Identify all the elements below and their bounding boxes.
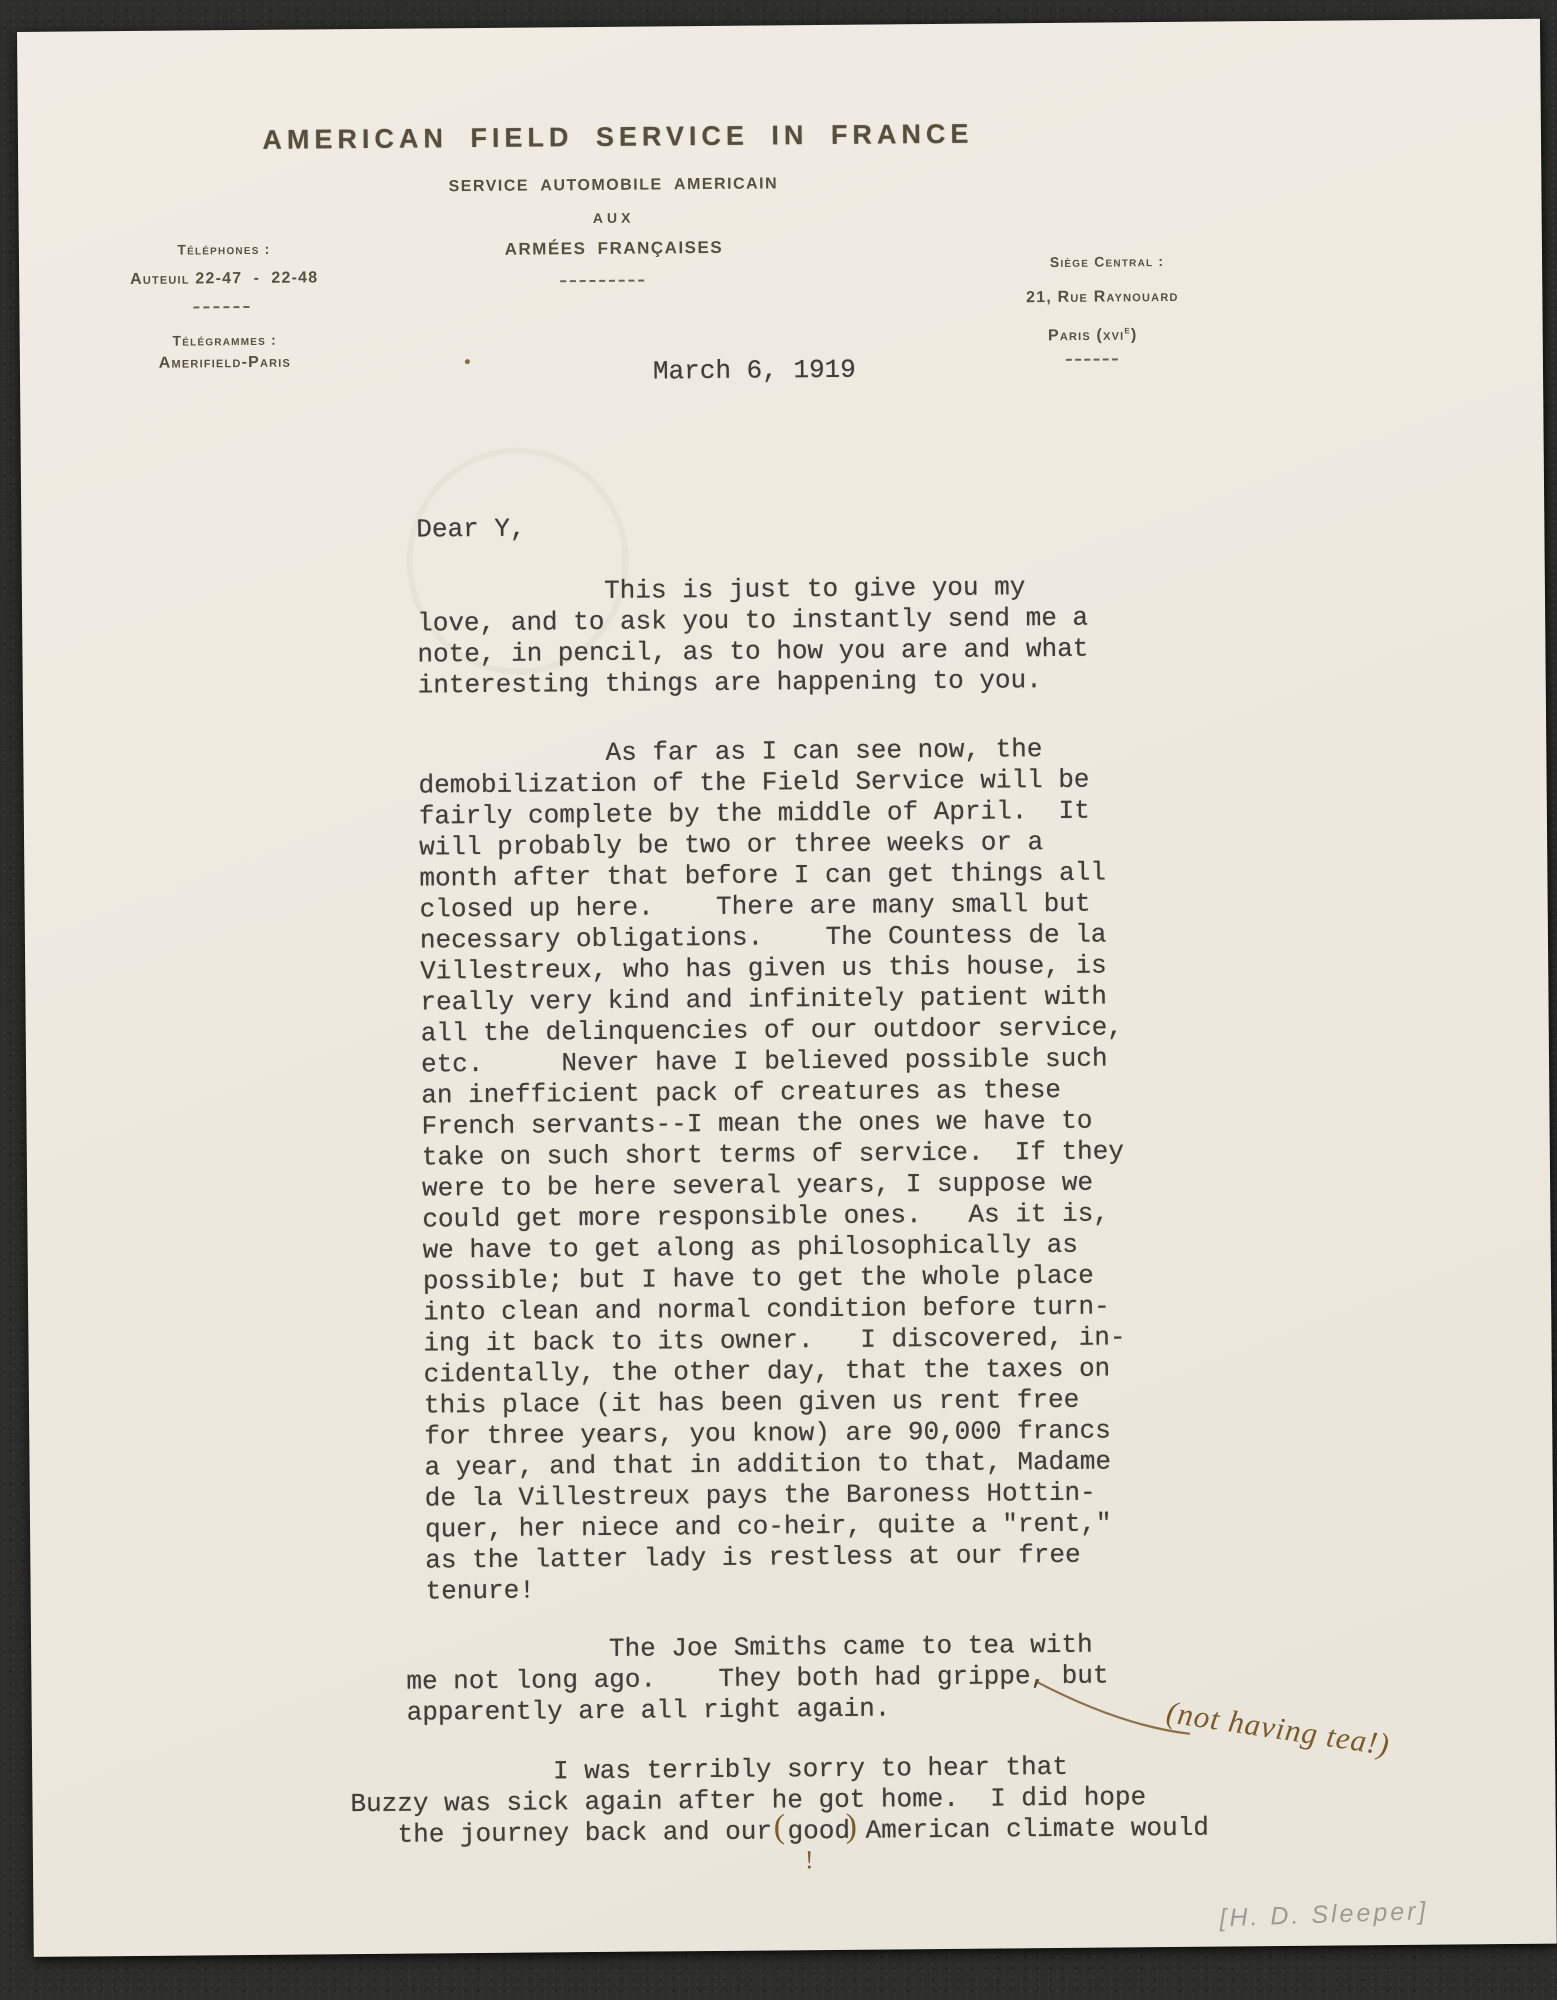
letterhead-title: AMERICAN FIELD SERVICE IN FRANCE [168, 118, 1068, 157]
paragraph-3: The Joe Smiths came to tea with me not l… [406, 1630, 1109, 1729]
pencil-attribution-note: [H. D. Sleeper] [1219, 1897, 1429, 1933]
ink-paren-close: ) [846, 1811, 858, 1842]
ink-speck [465, 359, 470, 364]
letterhead-subtitle-armees: ARMÉES FRANÇAISES [314, 236, 914, 261]
siege-central-city: Paris (xvie) [938, 323, 1248, 346]
letter-page: AMERICAN FIELD SERVICE IN FRANCE SERVICE… [17, 19, 1557, 1957]
telephones-value: Auteuil 22-47 - 22-48 [59, 269, 389, 290]
telegrams-value: Amerifield-Paris [60, 353, 390, 374]
ink-exclamation: ! [805, 1845, 814, 1875]
letterhead-subtitle-aux: AUX [314, 207, 914, 228]
paris-text: Paris (xvi [1048, 327, 1125, 345]
ink-paren-open: ( [774, 1811, 786, 1842]
telegrams-label: Télégrammes : [80, 331, 370, 350]
separator-dashes-left [193, 306, 249, 308]
separator-dashes-right [1066, 358, 1118, 360]
salutation: Dear Y, [416, 514, 525, 546]
paris-paren: ) [1131, 327, 1138, 344]
date-line: March 6, 1919 [653, 355, 856, 388]
telephones-label: Téléphones : [79, 240, 369, 259]
paragraph-1: This is just to give you my love, and to… [417, 572, 1089, 702]
siege-central-address: 21, Rue Raynouard [937, 287, 1267, 308]
paragraph-2: As far as I can see now, the demobilizat… [418, 733, 1128, 1607]
separator-dashes-center [560, 280, 644, 283]
siege-central-label: Siège Central : [957, 252, 1257, 271]
letterhead-subtitle-service: SERVICE AUTOMOBILE AMERICAIN [313, 174, 913, 197]
